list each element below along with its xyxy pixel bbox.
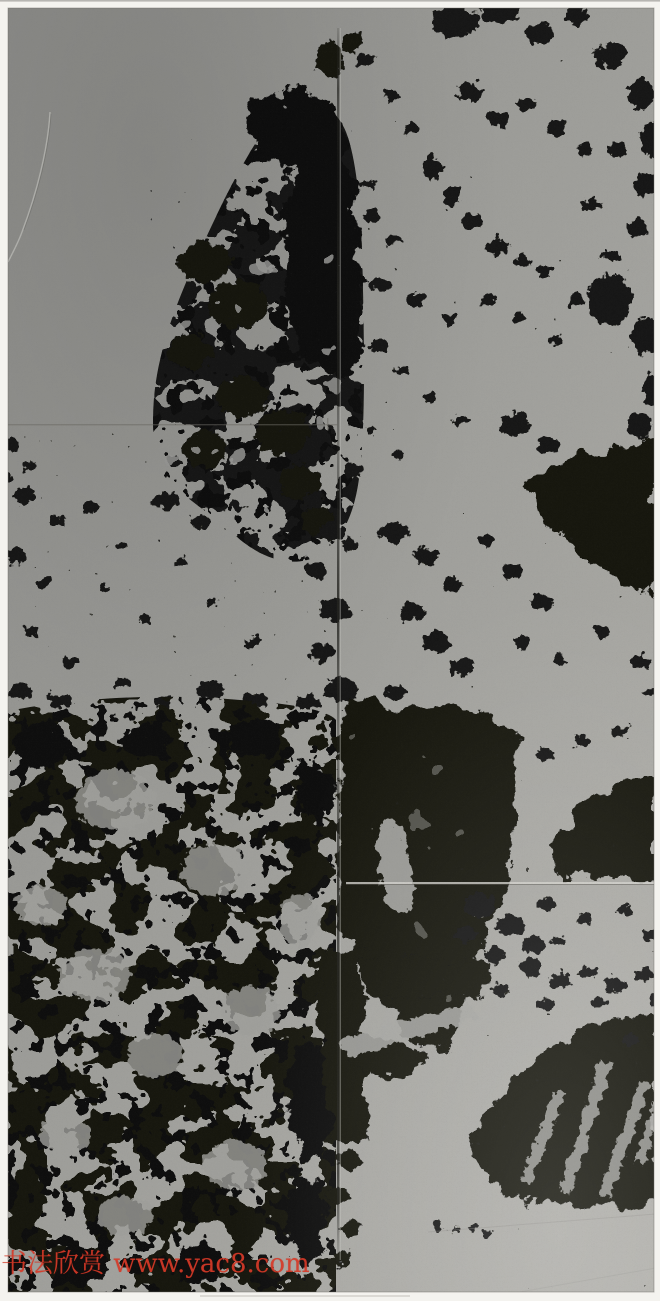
rubbing-photograph [0, 0, 660, 1301]
page: 书法欣赏 www.yac8.com [0, 0, 660, 1301]
film-grain [8, 8, 654, 1292]
rubbing-photo-canvas [0, 0, 660, 1301]
bottom-strip-smudge [200, 1295, 410, 1297]
watermark-text: 书法欣赏 www.yac8.com [1, 1251, 310, 1277]
top-edge-shadow [0, 0, 660, 2]
